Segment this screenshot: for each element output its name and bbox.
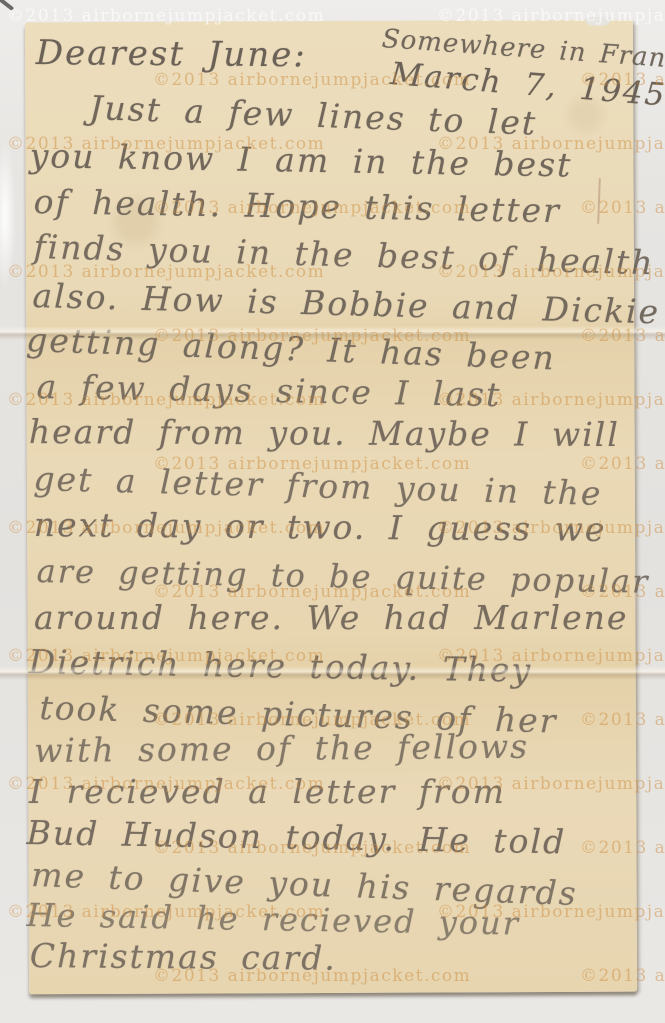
letter-line: Christmas card.: [30, 936, 337, 978]
letter-line: I recieved a letter from: [29, 772, 506, 811]
letter-line: around here. We had Marlene: [34, 598, 628, 637]
letter-line: next day or two. I guess we: [34, 505, 607, 549]
scanned-letter-image: Dearest June: Somewhere in France March …: [0, 0, 665, 1023]
salutation: Dearest June:: [36, 33, 307, 75]
corner-mark: [0, 0, 14, 11]
letter-line: a few days since I last: [36, 367, 501, 414]
letter-line: with some of the fellows: [34, 727, 529, 770]
scanner-light-streak: [0, 140, 16, 290]
paper-edge-chip: [585, 17, 611, 26]
letter-line: heard from you. Maybe I will: [29, 412, 620, 454]
